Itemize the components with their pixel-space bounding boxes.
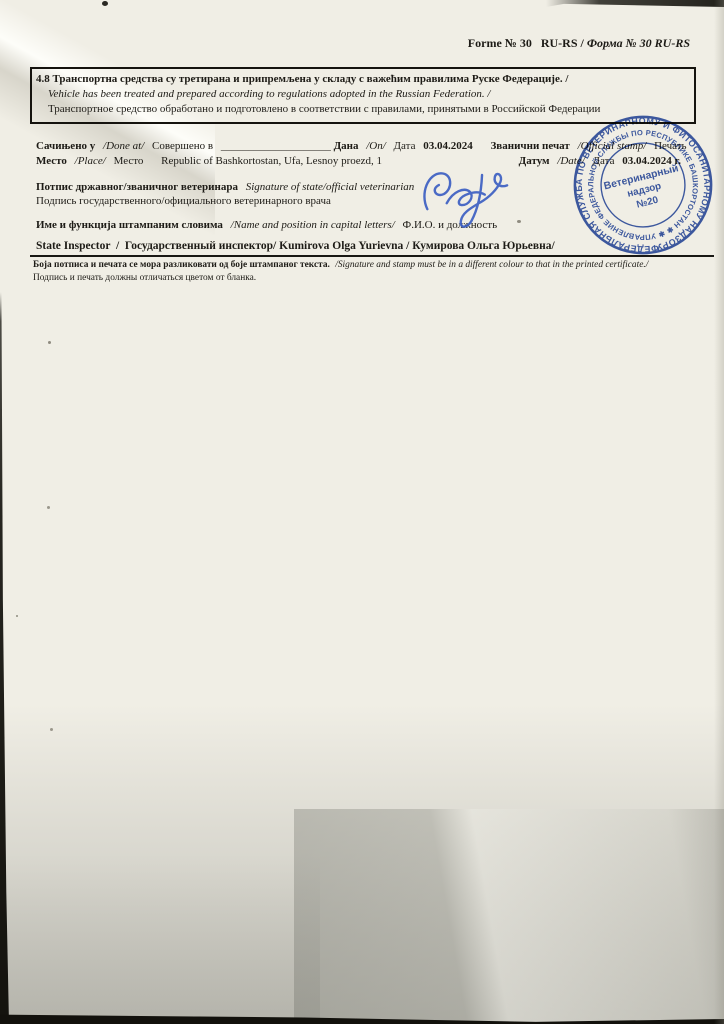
signature-scribble [415,151,537,241]
footnote-line-1: Боја потписа и печата се мора разликоват… [33,260,648,270]
done-at-russian: Совершено в [152,140,213,152]
footnote-russian: Подпись и печать должны отличаться цвето… [33,273,256,283]
done-at-blank-line: ____________________ [221,140,331,152]
on-english: /On/ [366,140,386,152]
clause-4-8-russian: Транспортное средство обработано и подго… [36,102,686,117]
footnote-line-2: Подпись и печать должны отличаться цвето… [33,273,256,283]
paper-shadow-bottom-left [0,854,320,1024]
clause-4-8-english: Vehicle has been treated and prepared ac… [36,87,686,102]
scanned-certificate-page: Forme № 30 RU-RS / Форма № 30 RU-RS 4.8 … [0,0,724,1024]
footnote-serbian: Боја потписа и печата се мора разликоват… [33,260,330,270]
paper-speck [48,341,51,344]
on-russian: Дата [394,140,416,152]
name-position-serbian: Име и функција штампаним словима [36,219,223,231]
place-serbian: Место [36,155,67,167]
signature-caption-row: Потпис државног/званичног ветеринара Sig… [36,181,419,193]
paper-speck [50,728,53,731]
scan-edge-left [0,292,9,1024]
scan-edge-top [546,0,724,7]
signature-caption-english: Signature of state/official veterinarian [246,181,415,193]
clause-4-8-serbian: 4.8 Транспортна средства су третирана и … [36,72,686,87]
done-at-english: /Done at/ [103,140,144,152]
place-value: Republic of Bashkortostan, Ufa, Lesnoy p… [161,155,382,167]
place-group: Место /Place/ Место Republic of Bashkort… [36,155,387,167]
form-number-en: Forme № 30 RU-RS / [468,36,587,50]
done-date-value: 03.04.2024 [423,140,473,152]
form-number-header: Forme № 30 RU-RS / Форма № 30 RU-RS [468,36,690,51]
paper-speck [47,506,50,509]
clause-4-8-box: 4.8 Транспортна средства су третирана и … [30,67,696,124]
signature-caption-serbian: Потпис државног/званичног ветеринара [36,181,238,193]
place-russian: Место [114,155,144,167]
done-at-serbian: Сачињено у [36,140,95,152]
scan-edge-bottom [0,1012,724,1024]
paper-shadow-bottom [0,704,724,1024]
name-position-english: /Name and position in capital letters/ [231,219,395,231]
form-number-ru: Форма № 30 RU-RS [587,36,690,50]
veterinarian-signature [415,151,537,241]
on-serbian: Дана [334,140,359,152]
signature-stroke [422,168,510,230]
paper-speck [102,1,108,6]
place-english: /Place/ [75,155,106,167]
paper-shadow-bottom-right [294,809,724,1024]
signature-caption-russian: Подпись государственного/официального ве… [36,195,331,207]
signature-caption-russian-row: Подпись государственного/официального ве… [36,195,336,207]
scan-edge-right [714,0,724,1024]
paper-speck [16,615,18,617]
